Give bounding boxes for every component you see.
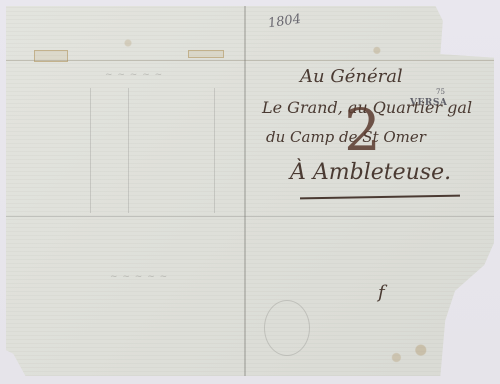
back-mark: f [378,282,385,303]
embossed-heading: ~ ~ ~ ~ ~ [105,70,163,80]
letter-sheet [6,6,494,376]
postmark-number: 75 [436,88,445,96]
top-fold-line [6,60,494,61]
printed-rule [214,88,215,213]
faded-stamp [188,50,224,58]
printed-rule [128,88,129,213]
horizontal-fold-line [6,216,494,217]
faded-stamp [34,50,68,62]
seal-impression [264,300,310,356]
embossed-text: ~ ~ ~ ~ ~ [110,272,168,282]
address-line-1: Au Général [300,66,403,87]
postage-due-mark: 2 [344,96,381,164]
printed-rule [90,88,91,213]
vertical-fold-line [244,6,246,376]
